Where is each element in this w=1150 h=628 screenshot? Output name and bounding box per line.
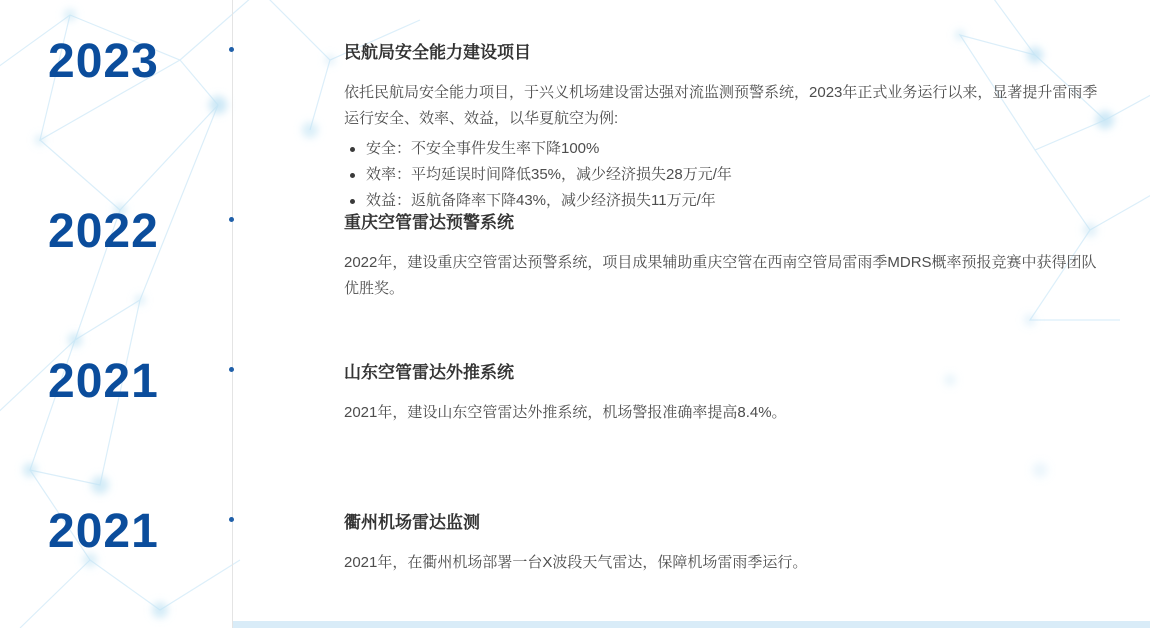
timeline-year-label: 2023 bbox=[48, 38, 159, 86]
timeline-item-content: 山东空管雷达外推系统 2021年，建设山东空管雷达外推系统，机场警报准确率提高8… bbox=[344, 362, 1110, 426]
project-description: 依托民航局安全能力项目，于兴义机场建设雷达强对流监测预警系统，2023年正式业务… bbox=[344, 80, 1110, 132]
timeline-dot bbox=[229, 517, 234, 522]
bottom-accent-strip bbox=[233, 621, 1150, 628]
bullet-item: 效益：返航备降率下降43%，减少经济损失11万元/年 bbox=[344, 188, 1110, 214]
timeline-dot bbox=[229, 367, 234, 372]
timeline-item-content: 民航局安全能力建设项目 依托民航局安全能力项目，于兴义机场建设雷达强对流监测预警… bbox=[344, 42, 1110, 214]
timeline-dot bbox=[229, 217, 234, 222]
project-title: 衢州机场雷达监测 bbox=[344, 512, 1110, 534]
project-description: 2022年，建设重庆空管雷达预警系统，项目成果辅助重庆空管在西南空管局雷雨季MD… bbox=[344, 250, 1110, 302]
project-title: 民航局安全能力建设项目 bbox=[344, 42, 1110, 64]
timeline-year-label: 2022 bbox=[48, 208, 159, 256]
timeline-dot bbox=[229, 47, 234, 52]
project-bullet-list: 安全：不安全事件发生率下降100% 效率：平均延误时间降低35%，减少经济损失2… bbox=[344, 136, 1110, 214]
timeline-item-content: 重庆空管雷达预警系统 2022年，建设重庆空管雷达预警系统，项目成果辅助重庆空管… bbox=[344, 212, 1110, 302]
bullet-item: 安全：不安全事件发生率下降100% bbox=[344, 136, 1110, 162]
timeline-year-label: 2021 bbox=[48, 508, 159, 556]
project-title: 山东空管雷达外推系统 bbox=[344, 362, 1110, 384]
timeline-year-label: 2021 bbox=[48, 358, 159, 406]
bullet-item: 效率：平均延误时间降低35%，减少经济损失28万元/年 bbox=[344, 162, 1110, 188]
timeline-axis-line bbox=[232, 0, 233, 628]
project-title: 重庆空管雷达预警系统 bbox=[344, 212, 1110, 234]
timeline-item-content: 衢州机场雷达监测 2021年，在衢州机场部署一台X波段天气雷达，保障机场雷雨季运… bbox=[344, 512, 1110, 576]
project-description: 2021年，建设山东空管雷达外推系统，机场警报准确率提高8.4%。 bbox=[344, 400, 1110, 426]
project-description: 2021年，在衢州机场部署一台X波段天气雷达，保障机场雷雨季运行。 bbox=[344, 550, 1110, 576]
